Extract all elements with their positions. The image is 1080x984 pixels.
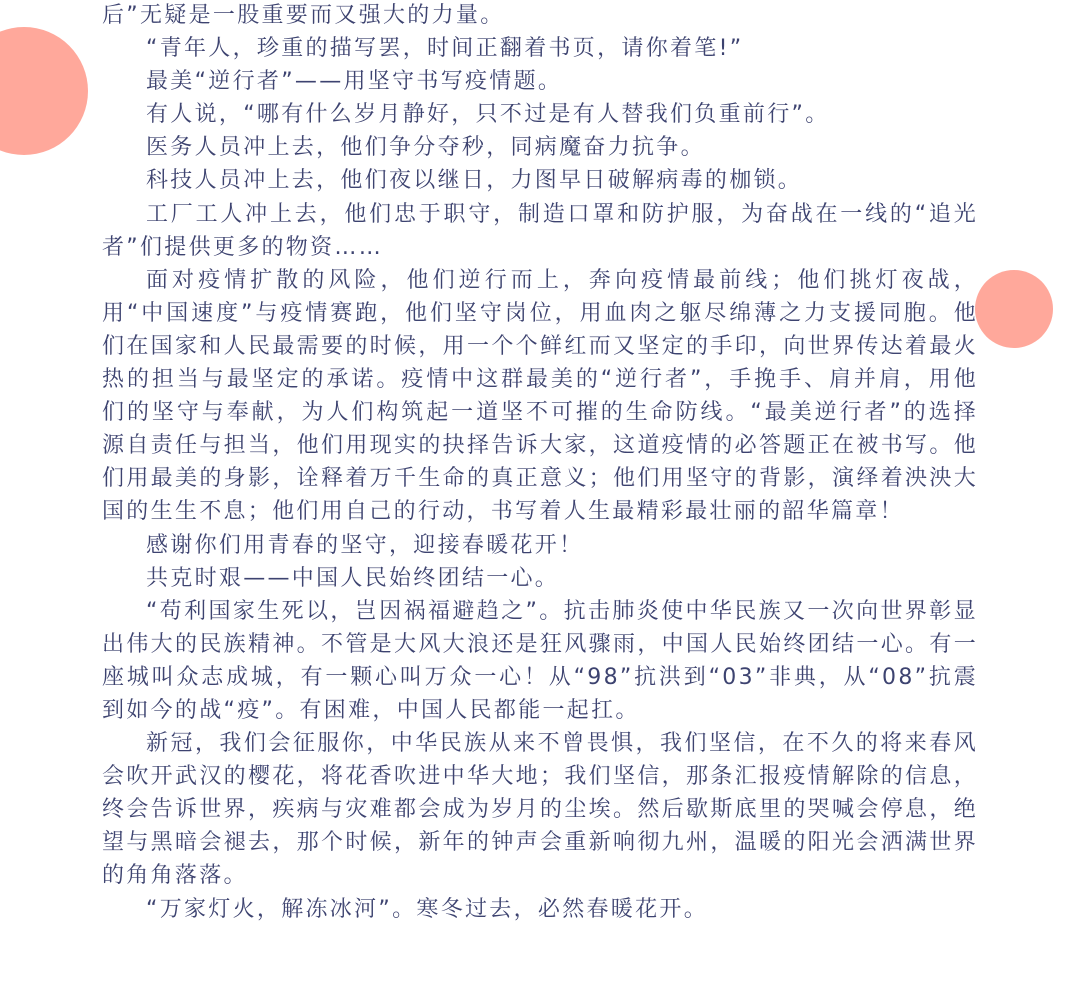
article-body: 后”无疑是一股重要而又强大的力量。 “青年人，珍重的描写罢，时间正翻着书页，请你… (102, 0, 978, 926)
paragraph: 面对疫情扩散的风险，他们逆行而上，奔向疫情最前线；他们挑灯夜战，用“中国速度”与… (102, 264, 978, 529)
paragraph: 工厂工人冲上去，他们忠于职守，制造口罩和防护服，为奋战在一线的“追光者”们提供更… (102, 198, 978, 264)
paragraph: 有人说，“哪有什么岁月静好，只不过是有人替我们负重前行”。 (102, 98, 978, 131)
paragraph: 科技人员冲上去，他们夜以继日，力图早日破解病毒的枷锁。 (102, 164, 978, 197)
section-heading: 共克时艰——中国人民始终团结一心。 (102, 562, 978, 595)
paragraph: 新冠，我们会征服你，中华民族从来不曾畏惧，我们坚信，在不久的将来春风会吹开武汉的… (102, 727, 978, 892)
paragraph: 感谢你们用青春的坚守，迎接春暖花开！ (102, 529, 978, 562)
paragraph: “苟利国家生死以，岂因祸福避趋之”。抗击肺炎使中华民族又一次向世界彰显出伟大的民… (102, 595, 978, 727)
paragraph: 后”无疑是一股重要而又强大的力量。 (102, 0, 978, 32)
decorative-circle-left (0, 27, 88, 155)
section-heading: 最美“逆行者”——用坚守书写疫情题。 (102, 65, 978, 98)
paragraph: “青年人，珍重的描写罢，时间正翻着书页，请你着笔!” (102, 32, 978, 65)
paragraph: “万家灯火，解冻冰河”。寒冬过去，必然春暖花开。 (102, 893, 978, 926)
paragraph: 医务人员冲上去，他们争分夺秒，同病魔奋力抗争。 (102, 131, 978, 164)
decorative-circle-right (975, 270, 1053, 348)
